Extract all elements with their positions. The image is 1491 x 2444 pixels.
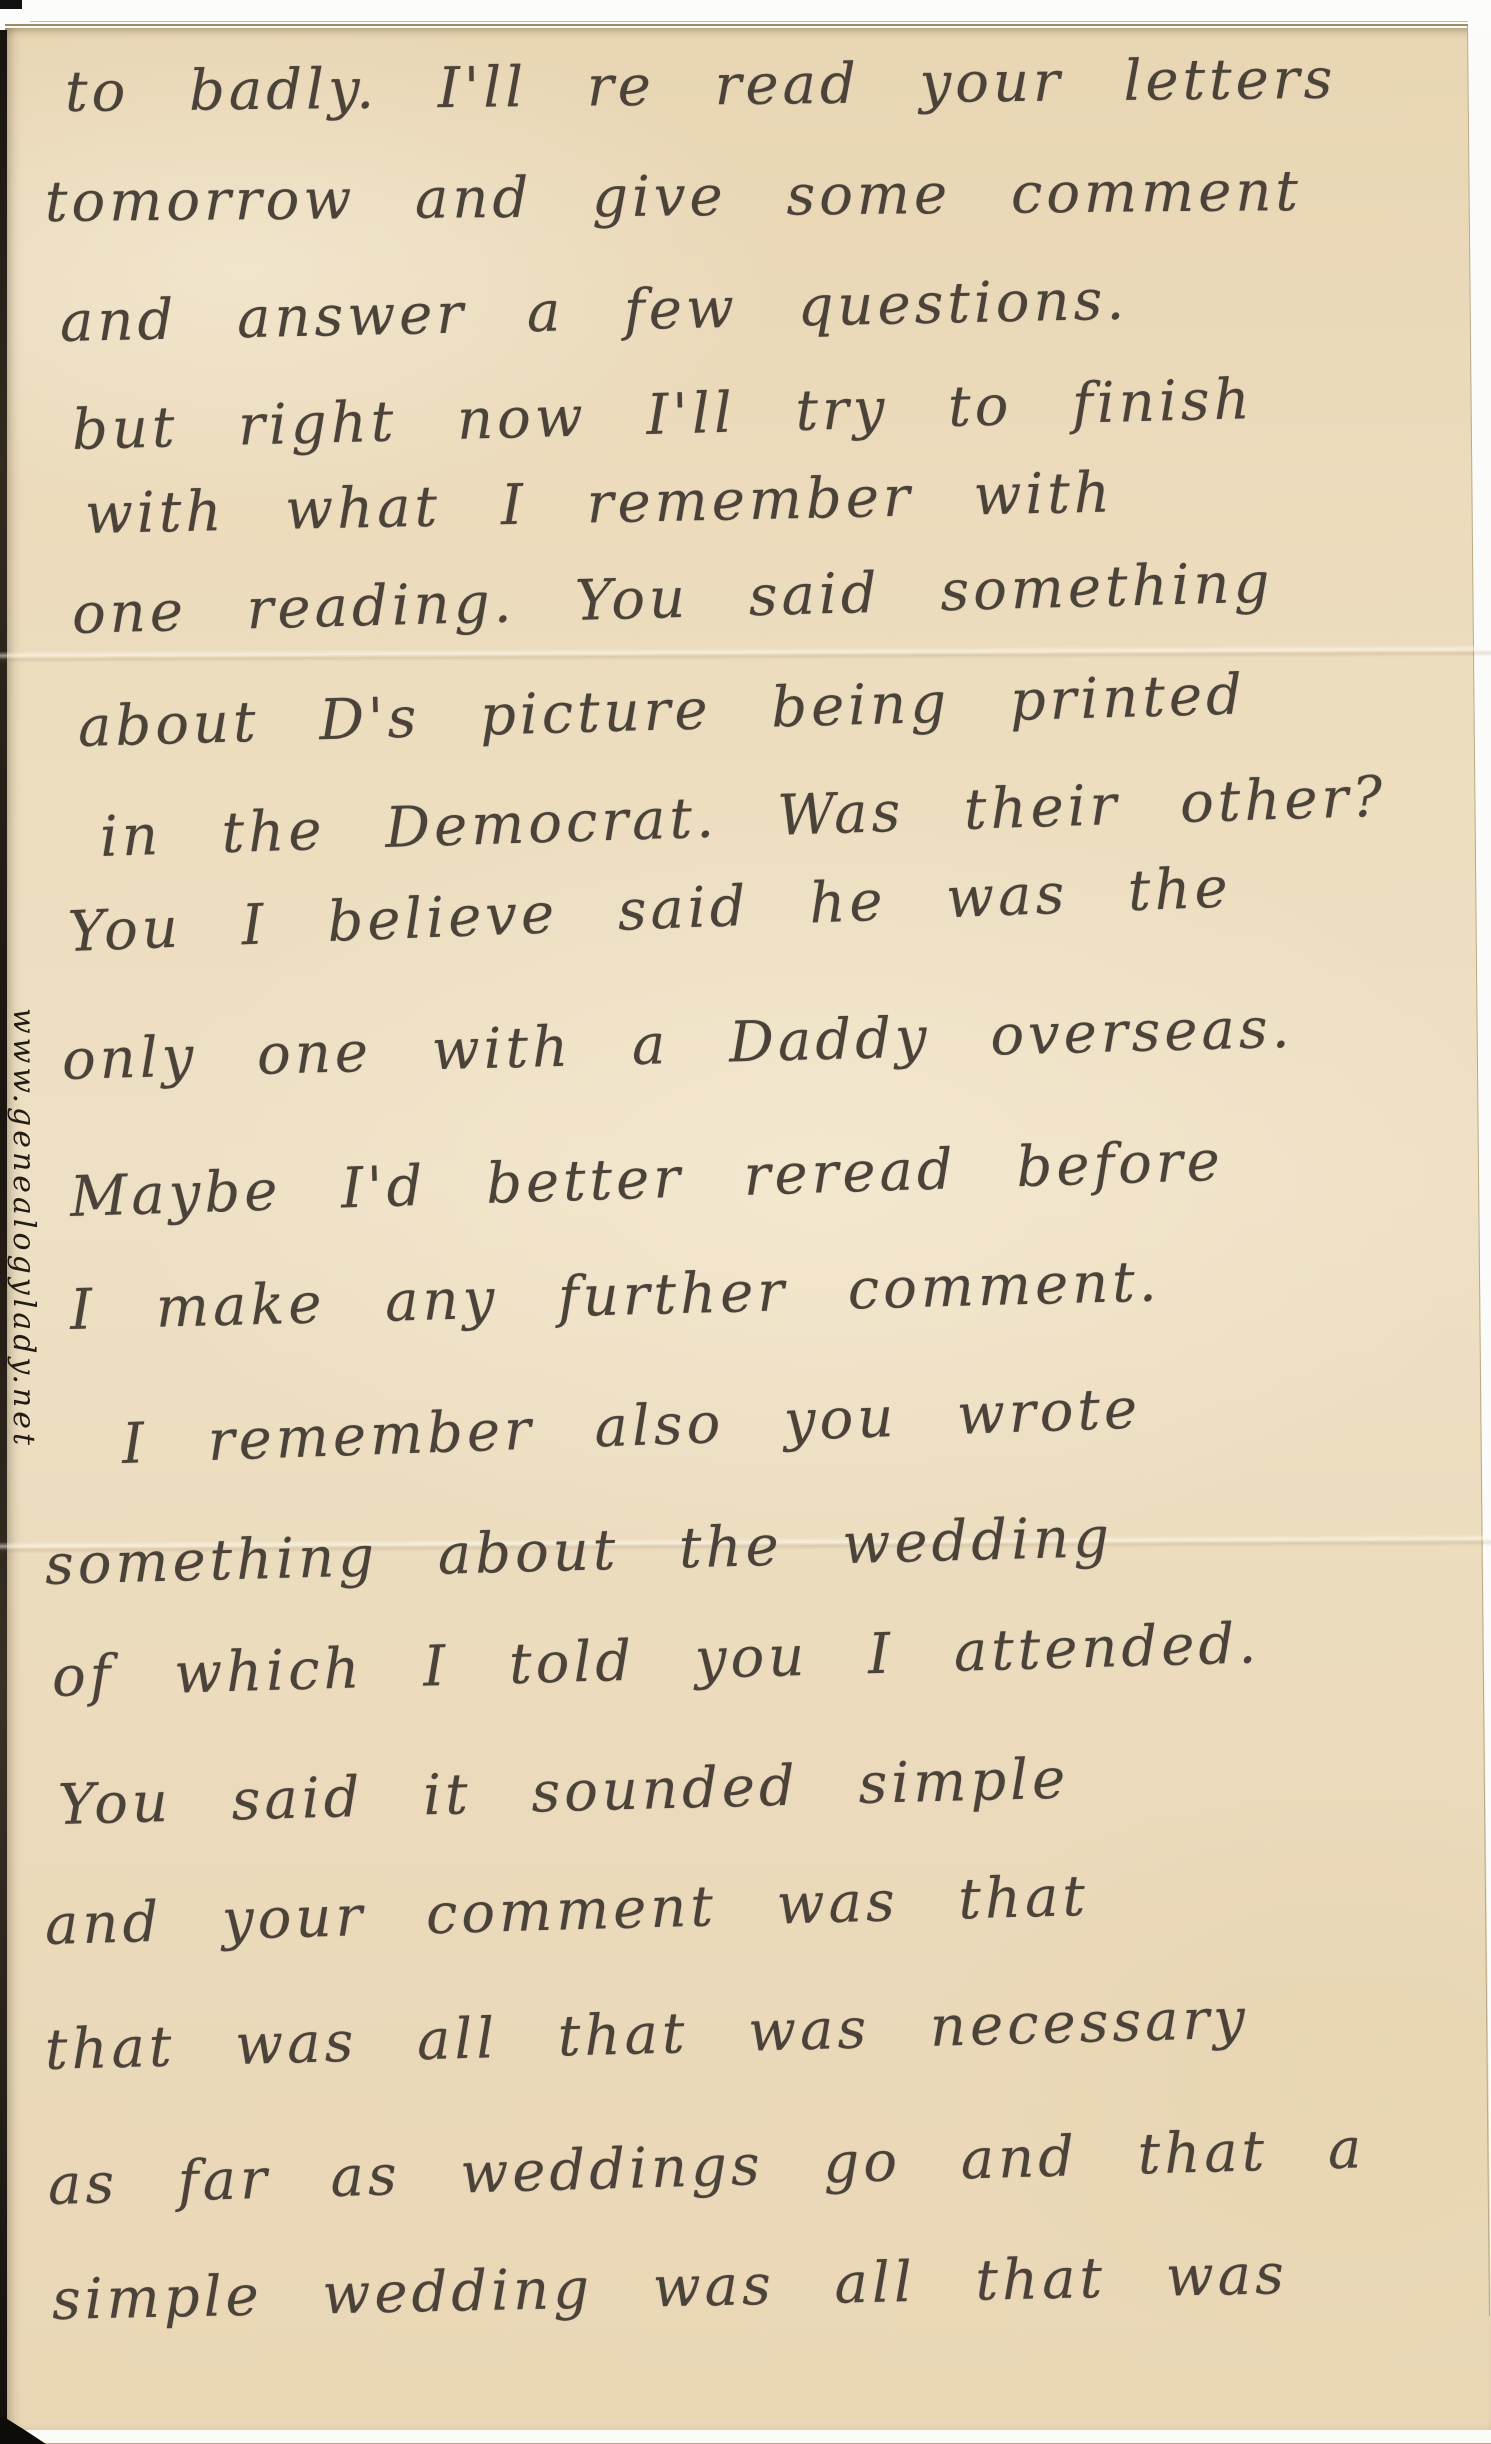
paper-top-edge-highlight: [30, 21, 1468, 22]
scanner-background-bottom: [0, 2430, 1491, 2444]
letter-line: tomorrow and give some comment: [45, 159, 1302, 235]
scan-corner-artifact: [0, 0, 22, 9]
scanner-background-top: [0, 0, 1491, 26]
watermark: www.genealogylady.net: [6, 1008, 41, 1449]
scanned-letter-page: { "document": { "kind": "handwritten let…: [0, 0, 1491, 2444]
letter-line: to badly. I'll re read your letters: [65, 47, 1337, 125]
paper-top-edge: [5, 24, 1468, 26]
